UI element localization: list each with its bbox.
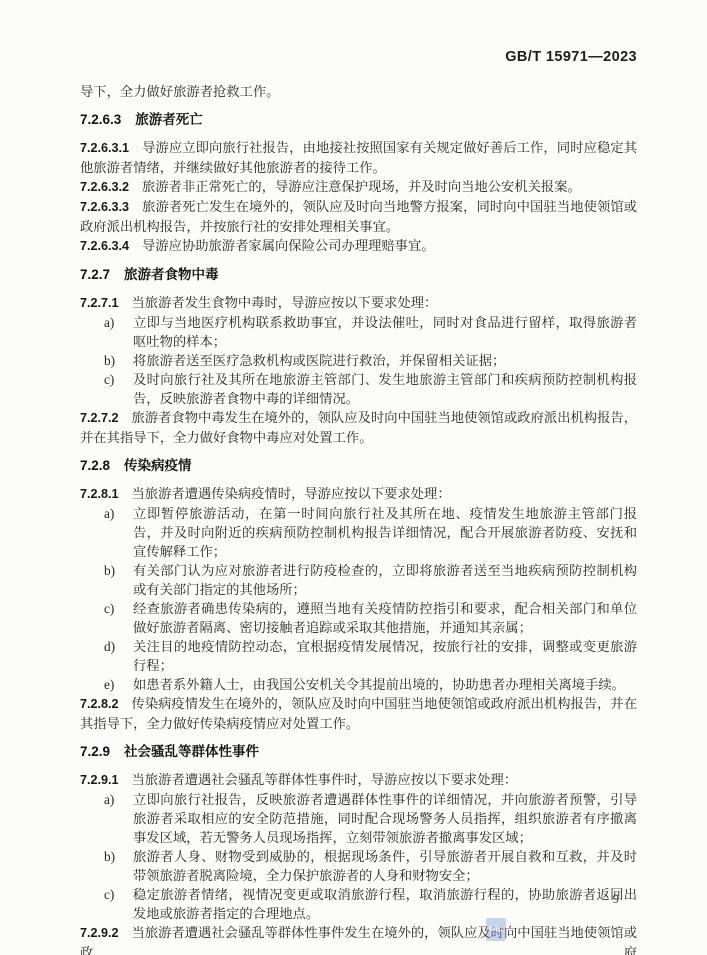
clause-paragraph-7-2-9-2: 7.2.9.2当旅游者遭遇社会骚乱等群体性事件发生在境外的，领队应及时向中国驻当…	[80, 923, 637, 955]
list-item-a: a)立即向旅行社报告，反映旅游者遭遇群体性事件的详细情况，并向旅游者预警，引导旅…	[80, 790, 637, 847]
clause-number: 7.2.6.3.1	[80, 141, 129, 155]
clause-number: 7.2.9.2	[80, 926, 119, 940]
page-number: 9	[613, 892, 619, 907]
clause-title: 旅游者食物中毒	[124, 267, 219, 282]
list-item-text: 及时向旅行社及其所在地旅游主管部门、发生地旅游主管部门和疾病预防控制机构报告，反…	[133, 370, 637, 408]
clause-heading-7-2-8: 7.2.8传染病疫情	[80, 456, 637, 475]
list-item-text: 立即暂停旅游活动，在第一时间向旅行社及其所在地、疫情发生地旅游主管部门报告，并及…	[133, 504, 637, 561]
clause-paragraph-7-2-6-3-2: 7.2.6.3.2旅游者非正常死亡的，导游应注意保护现场，并及时向当地公安机关报…	[80, 177, 637, 197]
document-page: GB/T 15971—2023 导下，全力做好旅游者抢救工作。 7.2.6.3旅…	[0, 0, 707, 955]
clause-title: 社会骚乱等群体性事件	[124, 744, 259, 759]
list-marker: b)	[104, 847, 133, 885]
clause-paragraph-7-2-7-1: 7.2.7.1当旅游者发生食物中毒时，导游应按以下要求处理：	[80, 293, 637, 313]
list-item-e: e)如患者系外籍人士，由我国公安机关令其提前出境的，协助患者办理相关离境手续。	[80, 675, 637, 694]
list-marker: a)	[104, 313, 133, 351]
clause-number: 7.2.7.1	[80, 296, 119, 310]
clause-text: 当旅游者发生食物中毒时，导游应按以下要求处理：	[132, 295, 438, 310]
document-body: 导下，全力做好旅游者抢救工作。 7.2.6.3旅游者死亡 7.2.6.3.1导游…	[80, 82, 637, 955]
list-item-b: b)将旅游者送至医疗急救机构或医院进行救治，并保留相关证据；	[80, 351, 637, 370]
clause-text: 旅游者死亡发生在境外的，领队应及时向当地警方报案，同时向中国驻当地使领馆或政府派…	[80, 199, 637, 234]
clause-text: 导游应协助旅游者家属向保险公司办理理赔事宜。	[142, 238, 435, 253]
clause-text: 传染病疫情发生在境外的，领队应及时向中国驻当地使领馆或政府派出机构报告，并在其指…	[80, 696, 637, 731]
list-marker: a)	[104, 790, 133, 847]
list-item-text: 有关部门认为应对旅游者进行防疫检查的，立即将旅游者送至当地疾病预防控制机构或有关…	[133, 561, 637, 599]
clause-text: 当旅游者遭遇传染病疫情时，导游应按以下要求处理：	[132, 486, 451, 501]
watermark-stamp: SAC	[486, 918, 506, 941]
list-item-a: a)立即与当地医疗机构联系救助事宜，并设法催吐，同时对食品进行留样，取得旅游者呕…	[80, 313, 637, 351]
clause-text: 导游应立即向旅行社报告，由地接社按照国家有关规定做好善后工作，同时应稳定其他旅游…	[80, 140, 637, 175]
clause-title: 传染病疫情	[124, 458, 192, 473]
list-item-c: c)稳定旅游者情绪，视情况变更或取消旅游行程，取消旅游行程的，协助旅游者返回出发…	[80, 885, 637, 923]
list-item-text: 将旅游者送至医疗急救机构或医院进行救治，并保留相关证据；	[133, 351, 637, 370]
clause-heading-7-2-6-3: 7.2.6.3旅游者死亡	[80, 110, 637, 129]
clause-paragraph-7-2-9-1: 7.2.9.1当旅游者遭遇社会骚乱等群体性事件时，导游应按以下要求处理：	[80, 770, 637, 790]
list-item-text: 经查旅游者确患传染病的，遵照当地有关疫情防控指引和要求，配合相关部门和单位做好旅…	[133, 599, 637, 637]
continuation-paragraph: 导下，全力做好旅游者抢救工作。	[80, 82, 637, 101]
list-item-text: 如患者系外籍人士，由我国公安机关令其提前出境的，协助患者办理相关离境手续。	[133, 675, 637, 694]
clause-number: 7.2.6.3.2	[80, 180, 129, 194]
list-marker: c)	[104, 370, 133, 408]
list-marker: c)	[104, 885, 133, 923]
list-item-text: 稳定旅游者情绪，视情况变更或取消旅游行程，取消旅游行程的，协助旅游者返回出发地或…	[133, 885, 637, 923]
clause-number: 7.2.7.2	[80, 411, 119, 425]
clause-number: 7.2.8	[80, 458, 110, 473]
clause-text: 旅游者食物中毒发生在境外的，领队应及时向中国驻当地使领馆或政府派出机构报告，并在…	[80, 410, 637, 445]
clause-paragraph-7-2-8-1: 7.2.8.1当旅游者遭遇传染病疫情时，导游应按以下要求处理：	[80, 484, 637, 504]
clause-paragraph-7-2-6-3-1: 7.2.6.3.1导游应立即向旅行社报告，由地接社按照国家有关规定做好善后工作，…	[80, 138, 637, 177]
clause-number: 7.2.6.3.3	[80, 200, 129, 214]
list-marker: c)	[104, 599, 133, 637]
list-item-text: 立即与当地医疗机构联系救助事宜，并设法催吐，同时对食品进行留样，取得旅游者呕吐物…	[133, 313, 637, 351]
list-item-a: a)立即暂停旅游活动，在第一时间向旅行社及其所在地、疫情发生地旅游主管部门报告，…	[80, 504, 637, 561]
clause-number: 7.2.7	[80, 267, 110, 282]
list-marker: b)	[104, 351, 133, 370]
list-item-b: b)有关部门认为应对旅游者进行防疫检查的，立即将旅游者送至当地疾病预防控制机构或…	[80, 561, 637, 599]
list-item-c: c)及时向旅行社及其所在地旅游主管部门、发生地旅游主管部门和疾病预防控制机构报告…	[80, 370, 637, 408]
list-marker: e)	[104, 675, 133, 694]
list-marker: a)	[104, 504, 133, 561]
clause-number: 7.2.9	[80, 744, 110, 759]
clause-number: 7.2.8.2	[80, 697, 119, 711]
clause-paragraph-7-2-8-2: 7.2.8.2传染病疫情发生在境外的，领队应及时向中国驻当地使领馆或政府派出机构…	[80, 694, 637, 733]
list-item-text: 关注目的地疫情防控动态，宜根据疫情发展情况，按旅行社的安排，调整或变更旅游行程；	[133, 637, 637, 675]
clause-heading-7-2-7: 7.2.7旅游者食物中毒	[80, 265, 637, 284]
clause-text: 当旅游者遭遇社会骚乱等群体性事件发生在境外的，领队应及时向中国驻当地使领馆或政府	[80, 925, 637, 955]
list-marker: b)	[104, 561, 133, 599]
clause-text: 旅游者非正常死亡的，导游应注意保护现场，并及时向当地公安机关报案。	[142, 179, 581, 194]
clause-text: 当旅游者遭遇社会骚乱等群体性事件时，导游应按以下要求处理：	[132, 772, 518, 787]
stamp-label: SAC	[489, 927, 503, 933]
clause-number: 7.2.6.3.4	[80, 239, 129, 253]
list-item-b: b)旅游者人身、财物受到威胁的，根据现场条件，引导旅游者开展自救和互救，并及时带…	[80, 847, 637, 885]
clause-paragraph-7-2-6-3-4: 7.2.6.3.4导游应协助旅游者家属向保险公司办理理赔事宜。	[80, 236, 637, 256]
clause-heading-7-2-9: 7.2.9社会骚乱等群体性事件	[80, 742, 637, 761]
clause-title: 旅游者死亡	[135, 112, 203, 127]
list-item-text: 旅游者人身、财物受到威胁的，根据现场条件，引导旅游者开展自救和互救，并及时带领旅…	[133, 847, 637, 885]
clause-paragraph-7-2-7-2: 7.2.7.2旅游者食物中毒发生在境外的，领队应及时向中国驻当地使领馆或政府派出…	[80, 408, 637, 447]
list-item-text: 立即向旅行社报告，反映旅游者遭遇群体性事件的详细情况，并向旅游者预警，引导旅游者…	[133, 790, 637, 847]
list-marker: d)	[104, 637, 133, 675]
standard-code-header: GB/T 15971—2023	[505, 49, 637, 65]
clause-number: 7.2.8.1	[80, 487, 119, 501]
clause-number: 7.2.6.3	[80, 112, 121, 127]
clause-paragraph-7-2-6-3-3: 7.2.6.3.3旅游者死亡发生在境外的，领队应及时向当地警方报案，同时向中国驻…	[80, 197, 637, 236]
list-item-d: d)关注目的地疫情防控动态，宜根据疫情发展情况，按旅行社的安排，调整或变更旅游行…	[80, 637, 637, 675]
list-item-c: c)经查旅游者确患传染病的，遵照当地有关疫情防控指引和要求，配合相关部门和单位做…	[80, 599, 637, 637]
clause-number: 7.2.9.1	[80, 773, 119, 787]
